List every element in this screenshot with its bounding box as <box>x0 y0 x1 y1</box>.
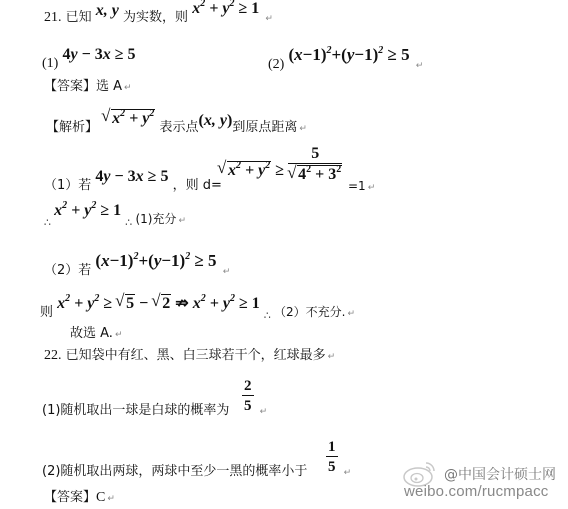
q22-cond1-fraction: 2 5 ↵ <box>242 378 267 415</box>
q21-stem-prefix: 已知 <box>66 10 92 25</box>
q21-step1-cond: 4y − 3x ≥ 5 <box>95 168 168 185</box>
q22-cond2-frac-den: 5 <box>326 457 338 476</box>
return-mark-icon: ↵ <box>260 407 268 417</box>
q21-cond2-label: (2) <box>268 57 284 72</box>
return-mark-icon: ↵ <box>344 468 352 478</box>
q21-cond1: (1) 4y − 3x ≥ 5 <box>42 55 135 72</box>
q21-step3-conclusion: （2）不充分. <box>274 305 345 319</box>
q21-analysis-point: (x, y) <box>199 112 233 129</box>
q21-answer-text: 选 A <box>96 79 122 94</box>
q21-stem-formula: x2 + y2 ≥ 1 <box>192 0 259 17</box>
q21-step1: （1）若 4y − 3x ≥ 5 ，则 d= <box>44 177 222 194</box>
q21-analysis-label: 【解析】 <box>46 120 98 135</box>
q22-stem-text: 已知袋中有红、黑、白三球若干个，红球最多 <box>66 348 326 363</box>
q21-analysis-formula: x2 + y2 <box>102 110 155 127</box>
q22-cond1-frac-den: 5 <box>242 396 254 415</box>
q21-vars: x, y <box>96 2 119 19</box>
q22-number: 22. <box>44 348 62 363</box>
return-mark-icon: ↵ <box>416 61 424 71</box>
therefore-icon: ∴ <box>44 216 50 229</box>
q21-answer: 【答案】选 A↵ <box>44 79 132 96</box>
return-mark-icon: ↵ <box>368 183 376 193</box>
q22-cond2-frac-num: 1 <box>326 439 338 457</box>
q21-step3-prefix: 则 <box>40 305 53 320</box>
q21-step1-result: =1↵ <box>348 178 375 196</box>
q21-step1-then: ，则 d= <box>173 178 222 193</box>
q21-number: 21. <box>44 10 62 25</box>
q21-cond1-formula: 4y − 3x ≥ 5 <box>62 46 135 63</box>
return-mark-icon: ↵ <box>223 267 231 277</box>
watermark-url: weibo.com/rucmpacc <box>404 483 548 500</box>
q21-analysis-text1: 表示点 <box>160 120 199 135</box>
return-mark-icon: ↵ <box>178 216 186 226</box>
q22-cond1-text: (1)随机取出一球是白球的概率为 <box>42 403 229 418</box>
return-mark-icon: ↵ <box>299 124 307 134</box>
q21-step1b-conclusion: (1)充分 <box>135 212 176 226</box>
q21-cond2: (2) (x−1)2+(y−1)2 ≥ 5 ↵ <box>268 55 423 74</box>
therefore-icon: ∴ <box>264 309 270 322</box>
return-mark-icon: ↵ <box>124 83 132 93</box>
q21-step1b-formula: x2 + y2 ≥ 1 <box>54 202 121 219</box>
q21-step1-frac-num: 5 <box>288 146 342 164</box>
q21-step1-label: （1）若 <box>44 178 91 193</box>
q22-answer-text: C <box>96 490 105 505</box>
return-mark-icon: ↵ <box>347 309 355 319</box>
q21-stem: 21. 已知 x, y 为实数，则 x2 + y2 ≥ 1 ↵ <box>44 9 273 27</box>
return-mark-icon: ↵ <box>107 494 115 504</box>
q21-step1-conclusion: ∴ x2 + y2 ≥ 1 ∴ (1)充分↵ <box>44 211 186 229</box>
q22-cond2-text: (2)随机取出两球，两球中至少一黑的概率小于 <box>42 464 307 479</box>
q21-step2: （2）若 (x−1)2+(y−1)2 ≥ 5 ↵ <box>44 261 230 280</box>
q21-step1-fraction: 5 42 + 32 <box>288 146 342 184</box>
q21-cond2-formula: (x−1)2+(y−1)2 ≥ 5 <box>288 45 409 64</box>
return-mark-icon: ↵ <box>328 352 336 362</box>
q21-step1-lhs: x2 + y2 ≥ <box>218 162 284 179</box>
q22-answer-label: 【答案】 <box>44 490 96 505</box>
q21-cond1-label: (1) <box>42 56 58 71</box>
q21-analysis: 【解析】 x2 + y2 表示点(x, y)到原点距离↵ <box>46 117 307 137</box>
q21-step3: 则 x2 + y2 ≥ 5 − 2 ⇏ x2 + y2 ≥ 1 ∴ （2）不充分… <box>40 302 355 322</box>
q21-analysis-text2: 到原点距离 <box>232 120 297 135</box>
q21-step1-inequality: x2 + y2 ≥ 5 42 + 32 <box>218 146 342 184</box>
therefore-icon: ∴ <box>125 216 131 229</box>
q22-cond2: (2)随机取出两球，两球中至少一黑的概率小于 <box>42 464 307 480</box>
return-mark-icon: ↵ <box>265 14 273 24</box>
q21-step2-label: （2）若 <box>44 263 91 278</box>
q21-stem-mid: 为实数，则 <box>123 10 188 25</box>
q22-answer: 【答案】C↵ <box>44 490 115 507</box>
q21-step3-formula: x2 + y2 ≥ 5 − 2 ⇏ x2 + y2 ≥ 1 <box>57 295 260 312</box>
q22-stem: 22. 已知袋中有红、黑、白三球若干个，红球最多↵ <box>44 348 335 365</box>
return-mark-icon: ↵ <box>115 330 123 340</box>
q22-cond2-fraction: 1 5 ↵ <box>326 439 351 476</box>
q21-answer-label: 【答案】 <box>44 79 96 94</box>
q22-cond1: (1)随机取出一球是白球的概率为 <box>42 403 229 419</box>
q21-final: 故选 A.↵ <box>70 326 122 343</box>
watermark-handle: @中国会计硕士网 <box>444 464 556 484</box>
q21-step2-cond: (x−1)2+(y−1)2 ≥ 5 <box>95 251 216 270</box>
q22-cond1-frac-num: 2 <box>242 378 254 396</box>
